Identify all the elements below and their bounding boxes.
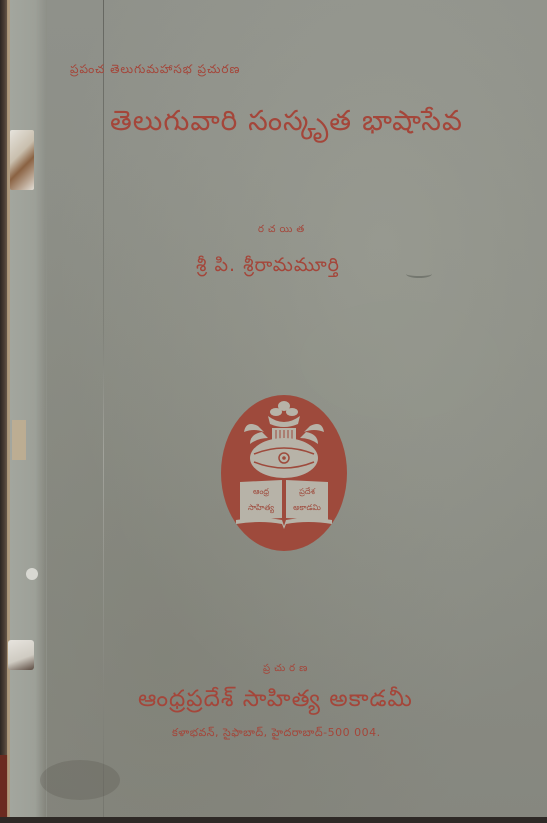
stain xyxy=(40,760,120,800)
spine-edge xyxy=(7,0,10,823)
torn-paper-patch xyxy=(10,130,34,190)
book-cover: ప్రపంచ తెలుగుమహాసభ ప్రచురణ తెలుగువారి సం… xyxy=(0,0,547,823)
worn-left-margin xyxy=(10,0,47,823)
book-title: తెలుగువారి సంస్కృత భాషాసేవ xyxy=(110,104,463,144)
author-label: రచయిత xyxy=(258,223,308,237)
worn-spot xyxy=(12,420,26,460)
akademi-emblem-icon: ఆంధ్ర ప్రదేశ సాహిత్య అకాడమి xyxy=(220,394,348,552)
publisher-name: ఆంధ్రప్రదేశ్ సాహిత్య అకాడమీ xyxy=(138,686,413,718)
svg-text:ప్రదేశ: ప్రదేశ xyxy=(299,487,316,497)
author-name: శ్రీ పి. శ్రీరామమూర్తి xyxy=(196,254,340,281)
series-line: ప్రపంచ తెలుగుమహాసభ ప్రచురణ xyxy=(70,62,240,79)
cover-crease-line xyxy=(103,0,104,823)
publisher-label: ప్రచురణ xyxy=(263,662,311,676)
smudge-mark xyxy=(406,270,432,278)
worn-spot xyxy=(26,568,38,580)
bottom-edge-shadow xyxy=(0,817,547,823)
svg-text:ఆంధ్ర: ఆంధ్ర xyxy=(253,487,269,497)
torn-paper-patch xyxy=(8,640,34,670)
publisher-address: కళాభవన్, సైఫాబాద్, హైదరాబాద్-500 004. xyxy=(172,726,381,742)
svg-text:అకాడమి: అకాడమి xyxy=(293,503,321,512)
